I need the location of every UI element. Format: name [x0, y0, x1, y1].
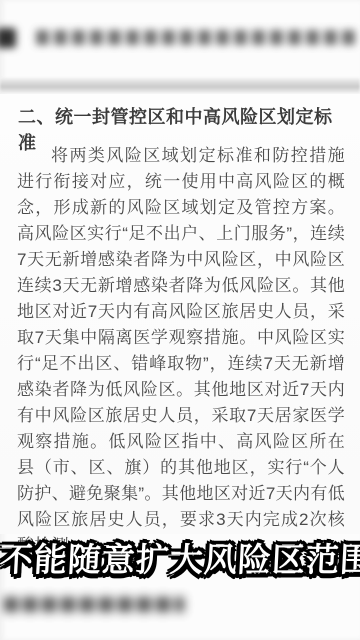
- blurred-top-headline: [0, 26, 360, 52]
- video-frame: 二、统一封管控区和中高风险区划定标准 将两类风险区域划定标准和防控措施进行衔接对…: [0, 0, 360, 640]
- blurred-bottom-credit: [4, 597, 184, 612]
- document-panel: 二、统一封管控区和中高风险区划定标准 将两类风险区域划定标准和防控措施进行衔接对…: [0, 94, 360, 534]
- blurred-headline-text: [36, 30, 356, 45]
- subtitle-caption: 不能随意扩大风险区范围: [0, 534, 360, 586]
- blurred-logo-block: [0, 28, 16, 48]
- body-paragraph: 将两类风险区域划定标准和防控措施进行衔接对应，统一使用中高风险区的概念，形成新的…: [17, 143, 345, 559]
- subtitle-caption-text: 不能随意扩大风险区范围: [0, 534, 360, 581]
- document-photo-edge: [0, 78, 360, 94]
